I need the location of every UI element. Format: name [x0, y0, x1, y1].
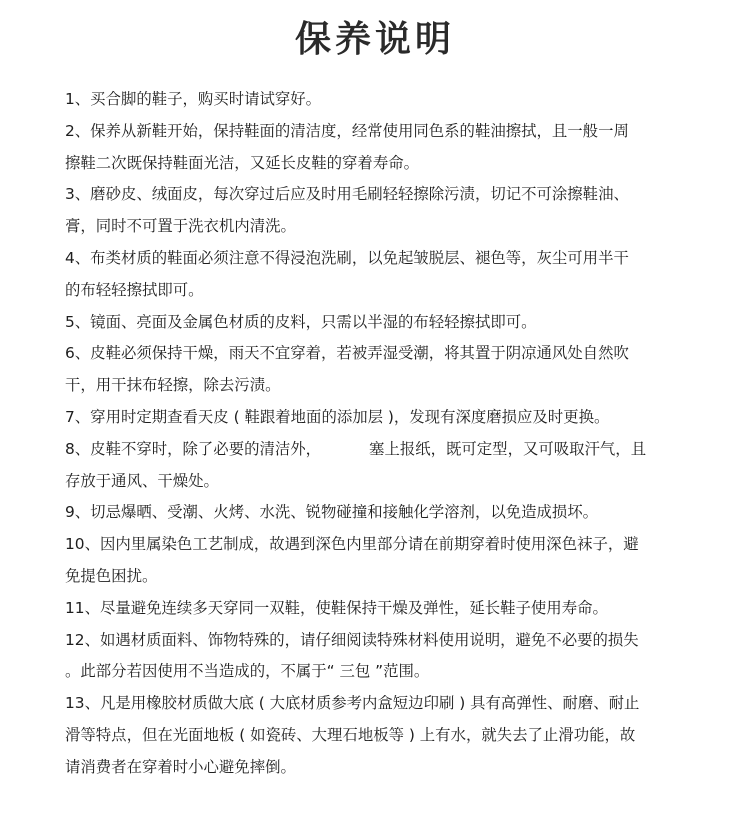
instruction-item-8: 8、皮鞋不穿时，除了必要的清洁外，塞上报纸，既可定型，又可吸取汗气，且 存放于通… — [65, 434, 695, 498]
care-instructions-list: 1、买合脚的鞋子，购买时请试穿好。 2、保养从新鞋开始，保持鞋面的清洁度，经常使… — [65, 84, 695, 784]
instruction-item-2: 2、保养从新鞋开始，保持鞋面的清洁度，经常使用同色系的鞋油擦拭，且一般一周 擦鞋… — [65, 116, 695, 180]
instruction-line: 1、买合脚的鞋子，购买时请试穿好。 — [65, 84, 695, 116]
instruction-line: 膏，同时不可置于洗衣机内清洗。 — [65, 211, 695, 243]
instruction-line: 13、凡是用橡胶材质做大底 ( 大底材质参考内盒短边印刷 ) 具有高弹性、耐磨、… — [65, 688, 695, 720]
instruction-line: 10、因内里属染色工艺制成，故遇到深色内里部分请在前期穿着时使用深色袜子，避 — [65, 529, 695, 561]
instruction-line: 免提色困扰。 — [65, 561, 695, 593]
instruction-line: 11、尽量避免连续多天穿同一双鞋，使鞋保持干燥及弹性，延长鞋子使用寿命。 — [65, 593, 695, 625]
instruction-item-7: 7、穿用时定期查看天皮 ( 鞋跟着地面的添加层 )，发现有深度磨损应及时更换。 — [65, 402, 695, 434]
instruction-item-5: 5、镜面、亮面及金属色材质的皮料，只需以半湿的布轻轻擦拭即可。 — [65, 307, 695, 339]
instruction-line: 5、镜面、亮面及金属色材质的皮料，只需以半湿的布轻轻擦拭即可。 — [65, 307, 695, 339]
instruction-line: 2、保养从新鞋开始，保持鞋面的清洁度，经常使用同色系的鞋油擦拭，且一般一周 — [65, 116, 695, 148]
instruction-item-6: 6、皮鞋必须保持干燥，雨天不宜穿着，若被弄湿受潮，将其置于阴凉通风处自然吹 干，… — [65, 338, 695, 402]
instruction-item-12: 12、如遇材质面料、饰物特殊的，请仔细阅读特殊材料使用说明，避免不必要的损失 。… — [65, 625, 695, 689]
instruction-item-1: 1、买合脚的鞋子，购买时请试穿好。 — [65, 84, 695, 116]
instruction-line: 擦鞋二次既保持鞋面光洁，又延长皮鞋的穿着寿命。 — [65, 148, 695, 180]
instruction-line: 8、皮鞋不穿时，除了必要的清洁外，塞上报纸，既可定型，又可吸取汗气，且 — [65, 434, 695, 466]
instruction-line: 的布轻轻擦拭即可。 — [65, 275, 695, 307]
instruction-item-4: 4、布类材质的鞋面必须注意不得浸泡洗刷，以免起皱脱层、褪色等，灰尘可用半干 的布… — [65, 243, 695, 307]
instruction-line: 。此部分若因使用不当造成的，不属于“ 三包 ”范围。 — [65, 656, 695, 688]
instruction-item-11: 11、尽量避免连续多天穿同一双鞋，使鞋保持干燥及弹性，延长鞋子使用寿命。 — [65, 593, 695, 625]
instruction-item-9: 9、切忌爆晒、受潮、火烤、水洗、锐物碰撞和接触化学溶剂，以免造成损坏。 — [65, 497, 695, 529]
instruction-line: 请消费者在穿着时小心避免摔倒。 — [65, 752, 695, 784]
instruction-line: 3、磨砂皮、绒面皮，每次穿过后应及时用毛刷轻轻擦除污渍，切记不可涂擦鞋油、 — [65, 179, 695, 211]
instruction-line: 12、如遇材质面料、饰物特殊的，请仔细阅读特殊材料使用说明，避免不必要的损失 — [65, 625, 695, 657]
instruction-line: 9、切忌爆晒、受潮、火烤、水洗、锐物碰撞和接触化学溶剂，以免造成损坏。 — [65, 497, 695, 529]
instruction-line: 滑等特点，但在光面地板 ( 如瓷砖、大理石地板等 ) 上有水，就失去了止滑功能，… — [65, 720, 695, 752]
instruction-line: 4、布类材质的鞋面必须注意不得浸泡洗刷，以免起皱脱层、褪色等，灰尘可用半干 — [65, 243, 695, 275]
instruction-text: 8、皮鞋不穿时，除了必要的清洁外， — [65, 440, 321, 458]
instruction-item-13: 13、凡是用橡胶材质做大底 ( 大底材质参考内盒短边印刷 ) 具有高弹性、耐磨、… — [65, 688, 695, 783]
instruction-line: 干，用干抹布轻擦，除去污渍。 — [65, 370, 695, 402]
instruction-item-10: 10、因内里属染色工艺制成，故遇到深色内里部分请在前期穿着时使用深色袜子，避 免… — [65, 529, 695, 593]
instruction-line: 6、皮鞋必须保持干燥，雨天不宜穿着，若被弄湿受潮，将其置于阴凉通风处自然吹 — [65, 338, 695, 370]
instruction-text: 塞上报纸，既可定型，又可吸取汗气，且 — [369, 440, 646, 458]
instruction-line: 7、穿用时定期查看天皮 ( 鞋跟着地面的添加层 )，发现有深度磨损应及时更换。 — [65, 402, 695, 434]
page-title: 保养说明 — [0, 14, 750, 66]
instruction-item-3: 3、磨砂皮、绒面皮，每次穿过后应及时用毛刷轻轻擦除污渍，切记不可涂擦鞋油、 膏，… — [65, 179, 695, 243]
instruction-line: 存放于通风、干燥处。 — [65, 466, 695, 498]
